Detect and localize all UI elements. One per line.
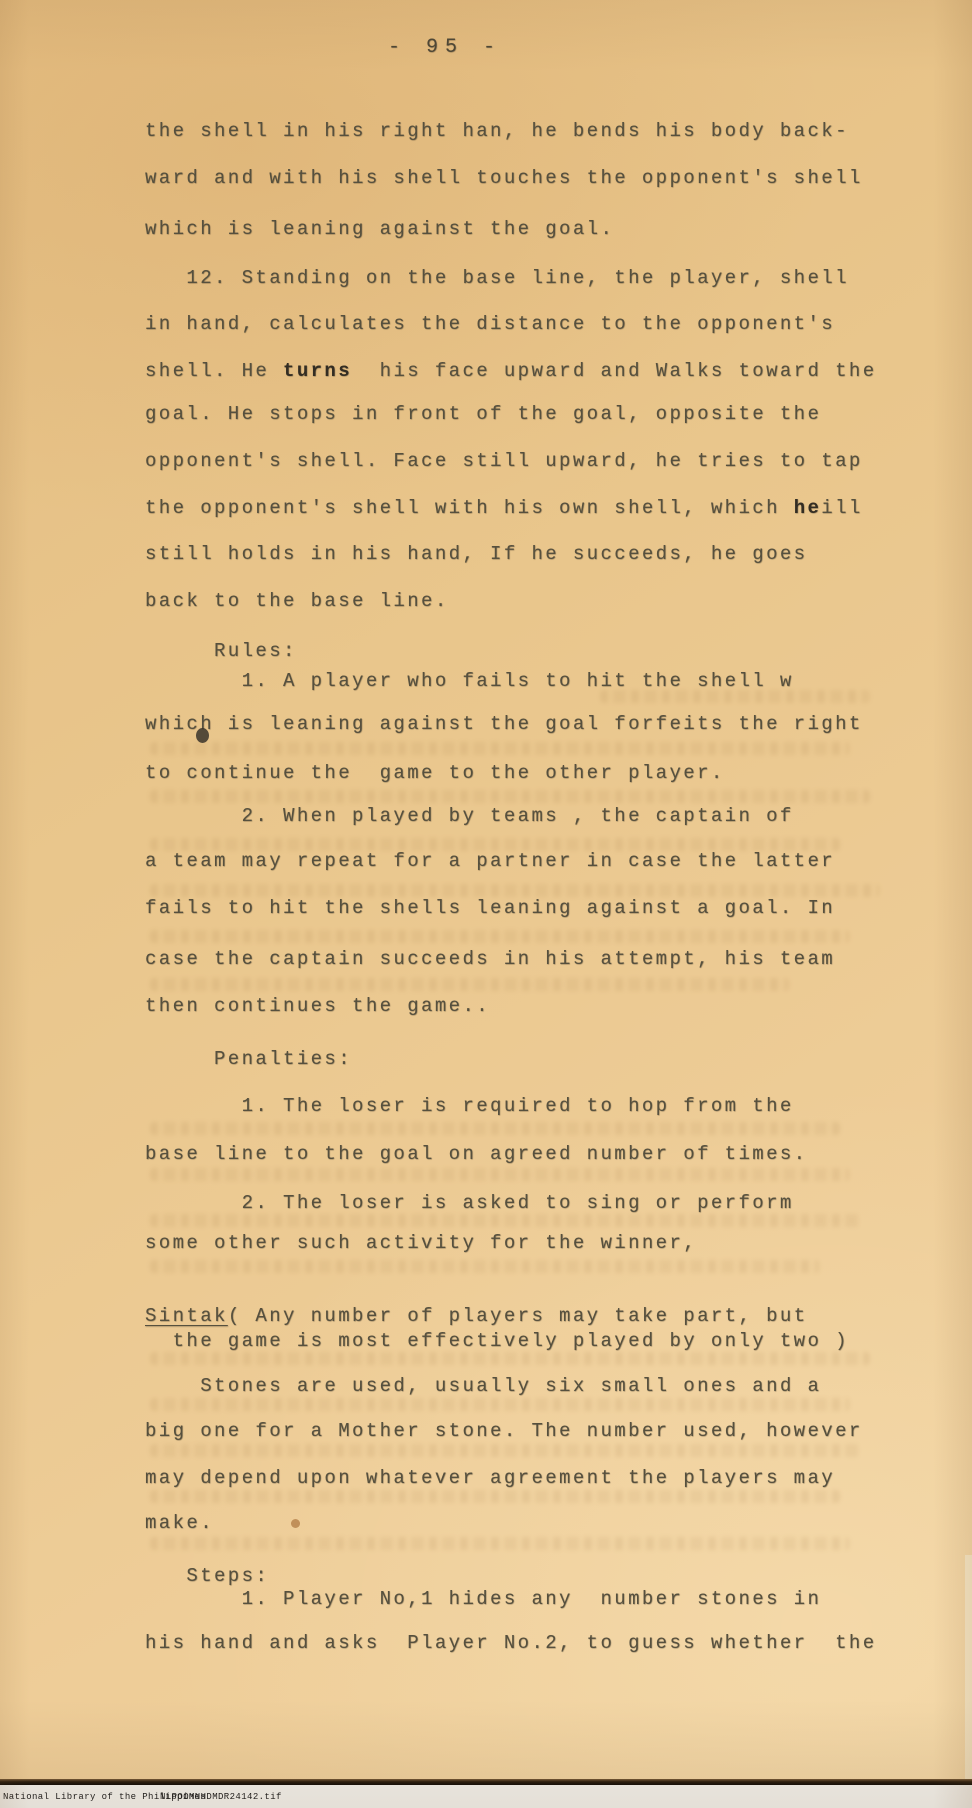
text-line: the shell in his right han, he bends his… xyxy=(145,120,849,142)
text-line: which is leaning against the goal. xyxy=(145,218,614,240)
bleedthrough-smudge xyxy=(150,1260,820,1273)
text-line: fails to hit the shells leaning against … xyxy=(145,897,835,919)
text-line: case the captain succeeds in his attempt… xyxy=(145,948,835,970)
text-line: a team may repeat for a partner in case … xyxy=(145,850,835,872)
scan-footer-strip: National Library of the Philippines NLPO… xyxy=(0,1785,972,1808)
bleedthrough-smudge xyxy=(150,978,790,991)
bleedthrough-smudge xyxy=(150,1122,840,1135)
text-line: 12. Standing on the base line, the playe… xyxy=(145,267,849,289)
text-line: in hand, calculates the distance to the … xyxy=(145,313,835,335)
bleedthrough-smudge xyxy=(150,742,850,755)
section-heading-sintak: Sintak( Any number of players may take p… xyxy=(145,1305,808,1327)
text-line: still holds in his hand, If he succeeds,… xyxy=(145,543,808,565)
bleedthrough-smudge xyxy=(150,1444,860,1457)
text-segment: ill xyxy=(821,497,862,519)
underlined-title: Sintak xyxy=(145,1305,228,1327)
section-heading-steps: Steps: xyxy=(145,1565,269,1587)
text-line: the opponent's shell with his own shell,… xyxy=(145,497,863,519)
text-line: which is leaning against the goal forfei… xyxy=(145,713,863,735)
text-line: 2. The loser is asked to sing or perform xyxy=(145,1192,794,1214)
overstruck-text: he xyxy=(794,497,822,519)
bleedthrough-smudge xyxy=(150,790,870,803)
text-line: big one for a Mother stone. The number u… xyxy=(145,1420,863,1442)
text-line: may depend upon whatever agreement the p… xyxy=(145,1467,835,1489)
section-heading-penalties: Penalties: xyxy=(145,1048,352,1070)
text-line: base line to the goal on agreed number o… xyxy=(145,1143,808,1165)
text-line: Stones are used, usually six small ones … xyxy=(145,1375,821,1397)
bleedthrough-smudge xyxy=(150,1352,870,1365)
text-line: some other such activity for the winner, xyxy=(145,1232,697,1254)
bleedthrough-smudge xyxy=(150,1398,850,1411)
text-segment: ( Any number of players may take part, b… xyxy=(228,1305,808,1327)
bleedthrough-smudge xyxy=(150,930,850,943)
scan-edge-artifact xyxy=(965,1555,972,1781)
text-line: the game is most effectively played by o… xyxy=(145,1330,849,1352)
bleedthrough-smudge xyxy=(150,1490,840,1503)
bleedthrough-smudge xyxy=(150,1214,860,1227)
text-line: back to the base line. xyxy=(145,590,449,612)
overstruck-text: turns xyxy=(283,360,352,382)
scanned-typewritten-page: - 95 - the shell in his right han, he be… xyxy=(0,0,972,1808)
text-line: ward and with his shell touches the oppo… xyxy=(145,167,863,189)
text-line: 1. Player No,1 hides any number stones i… xyxy=(145,1588,821,1610)
text-line: his hand and asks Player No.2, to guess … xyxy=(145,1632,877,1654)
ink-blot xyxy=(196,728,209,743)
text-line: shell. He turns his face upward and Walk… xyxy=(145,360,877,382)
text-line: 2. When played by teams , the captain of xyxy=(145,805,794,827)
text-line: make. xyxy=(145,1512,214,1534)
text-line: 1. A player who fails to hit the shell w xyxy=(145,670,794,692)
text-line: opponent's shell. Face still upward, he … xyxy=(145,450,863,472)
text-segment: shell. He xyxy=(145,360,283,382)
section-heading-rules: Rules: xyxy=(145,640,297,662)
bleedthrough-smudge xyxy=(150,1537,850,1550)
text-line: 1. The loser is required to hop from the xyxy=(145,1095,794,1117)
text-line: to continue the game to the other player… xyxy=(145,762,725,784)
paper-stain xyxy=(291,1519,300,1528)
footer-filename-label: NLPOOMNHDMDR24142.tif xyxy=(160,1792,282,1802)
bleedthrough-smudge xyxy=(150,1168,850,1181)
text-line: then continues the game.. xyxy=(145,995,490,1017)
page-number: - 95 - xyxy=(388,36,502,59)
text-segment: the opponent's shell with his own shell,… xyxy=(145,497,794,519)
text-segment: his face upward and Walks toward the xyxy=(352,360,876,382)
bleedthrough-smudge xyxy=(150,884,880,897)
text-line: goal. He stops in front of the goal, opp… xyxy=(145,403,821,425)
